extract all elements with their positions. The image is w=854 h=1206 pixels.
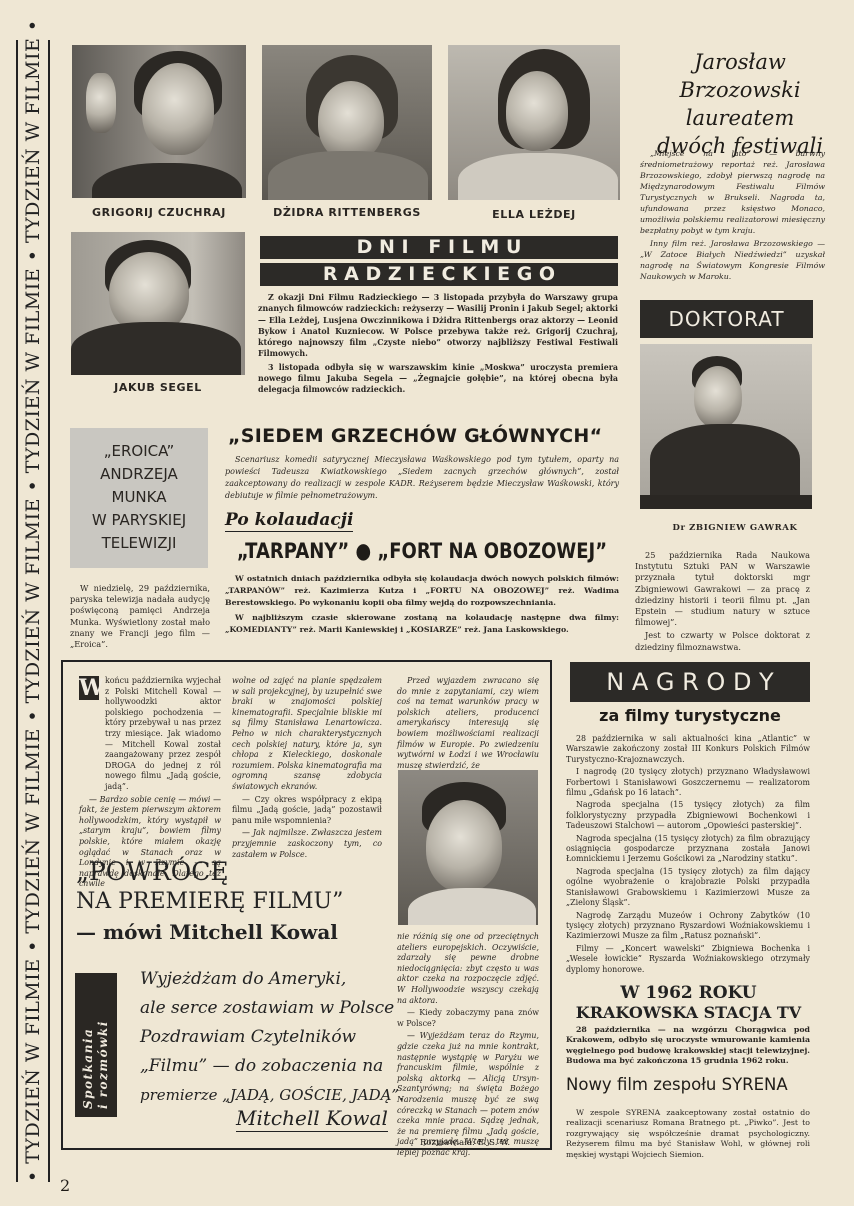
- interview-column-2: wolne od zajęć na planie spędzałem w sal…: [232, 676, 382, 862]
- doktorat-caption: Dr ZBIGNIEW GAWRAK: [640, 523, 830, 533]
- interview-paragraph: wolne od zajęć na planie spędzałem w sal…: [232, 676, 382, 793]
- section-label-line: i rozmówki: [96, 973, 111, 1109]
- interview-paragraph: końcu października wyjechał z Polski Mit…: [79, 676, 221, 793]
- kolaudacja-kicker: Po kolaudacji: [225, 510, 353, 532]
- handwritten-line: Pozdrawiam Czytelników: [140, 1023, 404, 1052]
- dni-filmu-paragraph: Z okazji Dni Filmu Radzieckiego — 3 list…: [258, 292, 618, 360]
- doktorat-paragraph: Jest to czwarty w Polsce doktorat z dzie…: [635, 630, 810, 652]
- eroica-headline-line: MUNKA: [70, 486, 208, 509]
- nagrody-paragraph: Nagroda specjalna (15 tysięcy złotych) z…: [566, 800, 810, 831]
- krakow-tv-headline-line: KRAKOWSKA STACJA TV: [566, 1003, 811, 1023]
- eroica-headline-line: „EROICA”: [70, 440, 208, 463]
- nagrody-paragraph: 28 października w sali aktualności kina …: [566, 734, 810, 765]
- handwritten-note: Wyjeżdżam do Ameryki, ale serce zostawia…: [140, 965, 404, 1110]
- brzozowski-headline: Jarosław Brzozowski laureatem dwóch fest…: [640, 48, 840, 160]
- brzozowski-headline-line: laureatem: [640, 104, 840, 132]
- doktorat-paragraph: 25 października Rada Naukowa Instytutu S…: [635, 550, 810, 628]
- eroica-headline-line: ANDRZEJA: [70, 463, 208, 486]
- nagrody-paragraph: Nagrodę Zarządu Muzeów i Ochrony Zabytkó…: [566, 911, 810, 942]
- dni-filmu-paragraph: 3 listopada odbyła się w warszawskim kin…: [258, 362, 618, 396]
- interview-headline: „POWRÓCĘ NA PREMIERĘ FILMU” — mówi Mitch…: [76, 857, 376, 947]
- siedem-paragraph: Scenariusz komedii satyrycznej Mieczysła…: [225, 454, 619, 502]
- brzozowski-headline-line: Brzozowski: [640, 76, 840, 104]
- section-label-line: Spotkania: [81, 973, 96, 1109]
- interview-headline-line: NA PREMIERĘ FILMU”: [76, 887, 376, 917]
- nagrody-subtitle: za filmy turystyczne: [570, 706, 810, 725]
- handwritten-signature: Mitchell Kowal: [236, 1105, 388, 1132]
- dni-filmu-article: Z okazji Dni Filmu Radzieckiego — 3 list…: [258, 292, 618, 398]
- eroica-paragraph: W niedzielę, 29 października, paryska te…: [70, 583, 210, 650]
- side-strip-text: • TYDZIEŃ W FILMIE • TYDZIEŃ W FILMIE • …: [18, 40, 48, 1182]
- eroica-headline-line: W PARYSKIEJ: [70, 509, 208, 532]
- handwritten-line: „Filmu” — do zobaczenia na: [140, 1052, 404, 1081]
- kolaudacja-paragraph: W najbliższym czasie skierowane zostaną …: [225, 612, 619, 636]
- nagrody-paragraph: Nagroda specjalna (15 tysięcy złotych) z…: [566, 834, 810, 865]
- eroica-headline-line: TELEWIZJI: [70, 532, 208, 555]
- section-side-strip: • TYDZIEŃ W FILMIE • TYDZIEŃ W FILMIE • …: [16, 40, 50, 1182]
- brzozowski-paragraph: „Miejsce na lato” — barwny średniometraż…: [640, 148, 825, 236]
- dni-filmu-title-line2: R A D Z I E C K I E G O: [260, 263, 618, 286]
- krakow-tv-headline: W 1962 ROKU KRAKOWSKA STACJA TV: [566, 983, 811, 1023]
- caption-grigorij-czuchraj: GRIGORIJ CZUCHRAJ: [72, 206, 246, 219]
- doktorat-title: DOKTORAT: [640, 300, 813, 338]
- caption-ella-lezdej: ELLA LEŻDEJ: [448, 208, 620, 221]
- syrena-paragraph: W zespole SYRENA zaakceptowany został os…: [566, 1108, 810, 1160]
- interview-paragraph: nie różnią się one od przeciętnych ateli…: [397, 932, 539, 1006]
- interview-paragraph: — Jak najmilsze. Zwłaszcza jestem przyje…: [232, 828, 382, 860]
- photo-ella-lezdej: [448, 45, 620, 200]
- kolaudacja-article: W ostatnich dniach października odbyła s…: [225, 573, 619, 638]
- siedem-headline: „SIEDEM GRZECHÓW GŁÓWNYCH“: [228, 425, 628, 447]
- photo-jakub-segel: [71, 232, 245, 375]
- nagrody-paragraph: Filmy — „Koncert wawelski” Zbigniewa Boc…: [566, 944, 810, 975]
- nagrody-article: 28 października w sali aktualności kina …: [566, 734, 810, 977]
- caption-jakub-segel: JAKUB SEGEL: [71, 381, 245, 394]
- eroica-article: W niedzielę, 29 października, paryska te…: [70, 583, 210, 652]
- interview-column-3-bottom: nie różnią się one od przeciętnych ateli…: [397, 932, 539, 1160]
- interview-column-3-top: Przed wyjazdem zwracano się do mnie z za…: [397, 676, 539, 773]
- section-label-spotkania: Spotkania i rozmówki: [75, 973, 117, 1117]
- handwritten-line: ale serce zostawiam w Polsce: [140, 994, 404, 1023]
- photo-grigorij-czuchraj: [72, 45, 246, 198]
- nagrody-paragraph: Nagroda specjalna (15 tysięcy złotych) z…: [566, 867, 810, 909]
- syrena-article: W zespole SYRENA zaakceptowany został os…: [566, 1108, 810, 1162]
- photo-mitchell-kowal: [398, 770, 538, 925]
- interview-byline: Rozmawiała: E. S. W.: [420, 1138, 510, 1148]
- caption-dzidra-rittenbergs: DŻIDRA RITTENBERGS: [262, 206, 432, 219]
- interview-headline-line: — mówi Mitchell Kowal: [76, 917, 376, 947]
- photo-dzidra-rittenbergs: [262, 45, 432, 200]
- krakow-tv-article: 28 października — na wzgórzu Chorągwica …: [566, 1025, 810, 1069]
- eroica-headline-box: „EROICA” ANDRZEJA MUNKA W PARYSKIEJ TELE…: [70, 428, 208, 568]
- siedem-article: Scenariusz komedii satyrycznej Mieczysła…: [225, 454, 619, 504]
- interview-paragraph: Przed wyjazdem zwracano się do mnie z za…: [397, 676, 539, 771]
- brzozowski-headline-line: Jarosław: [640, 48, 840, 76]
- dni-filmu-title-line1: D N I F I L M U: [260, 236, 618, 259]
- page-number: 2: [60, 1176, 70, 1195]
- krakow-tv-headline-line: W 1962 ROKU: [566, 983, 811, 1003]
- interview-headline-line: „POWRÓCĘ: [76, 857, 376, 887]
- eroica-headline: „EROICA” ANDRZEJA MUNKA W PARYSKIEJ TELE…: [70, 440, 208, 555]
- interview-paragraph: — Kiedy zobaczymy pana znów w Polsce?: [397, 1008, 539, 1029]
- kolaudacja-headline: „TARPANY” ● „FORT NA OBOZOWEJ”: [225, 539, 619, 564]
- doktorat-article: 25 października Rada Naukowa Instytutu S…: [635, 550, 810, 655]
- brzozowski-article: „Miejsce na lato” — barwny średniometraż…: [640, 148, 825, 284]
- syrena-headline: Nowy film zespołu SYRENA: [566, 1075, 816, 1094]
- handwritten-line: Wyjeżdżam do Ameryki,: [140, 965, 404, 994]
- interview-paragraph: — Czy okres współpracy z ekipą filmu „Ja…: [232, 795, 382, 827]
- nagrody-paragraph: I nagrodę (20 tysięcy złotych) przyznano…: [566, 767, 810, 798]
- kolaudacja-paragraph: W ostatnich dniach października odbyła s…: [225, 573, 619, 610]
- nagrody-title: N A G R O D Y: [570, 662, 810, 702]
- krakow-tv-paragraph: 28 października — na wzgórzu Chorągwica …: [566, 1025, 810, 1067]
- brzozowski-paragraph: Inny film reż. Jarosława Brzozowskiego —…: [640, 238, 825, 282]
- photo-zbigniew-gawrak: [640, 344, 812, 509]
